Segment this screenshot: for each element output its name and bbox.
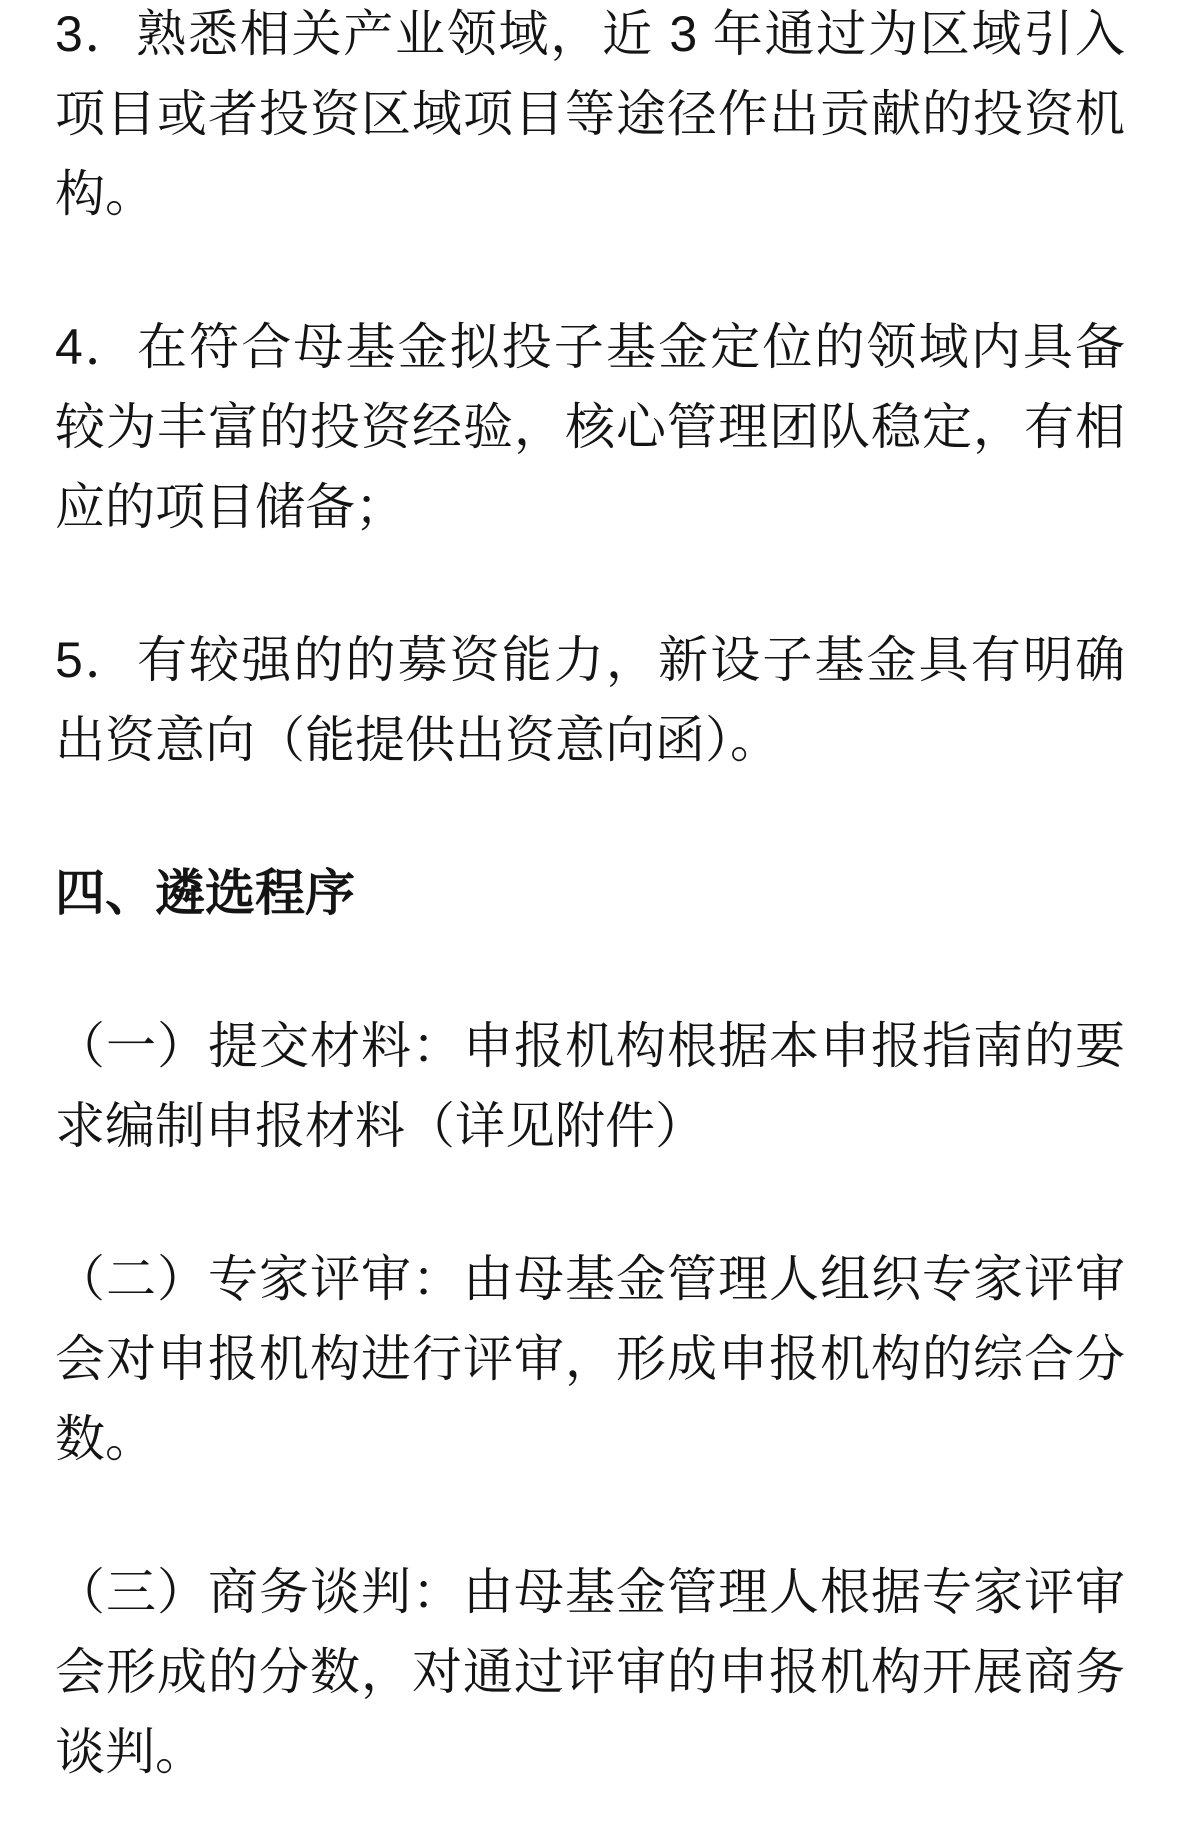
document-page: 3．熟悉相关产业领域，近 3 年通过为区域引入项目或者投资区域项目等途径作出贡献… xyxy=(0,0,1179,1832)
section-heading-selection-procedure: 四、遴选程序 xyxy=(55,853,1125,933)
procedure-step-1: （一）提交材料：申报机构根据本申报指南的要求编制申报材料（详见附件） xyxy=(55,1006,1125,1166)
criteria-item-3: 3．熟悉相关产业领域，近 3 年通过为区域引入项目或者投资区域项目等途径作出贡献… xyxy=(55,0,1125,234)
procedure-step-3: （三）商务谈判：由母基金管理人根据专家评审会形成的分数，对通过评审的申报机构开展… xyxy=(55,1552,1125,1792)
criteria-item-5: 5．有较强的的募资能力，新设子基金具有明确出资意向（能提供出资意向函）。 xyxy=(55,620,1125,780)
procedure-step-2: （二）专家评审：由母基金管理人组织专家评审会对申报机构进行评审，形成申报机构的综… xyxy=(55,1239,1125,1479)
criteria-item-4: 4．在符合母基金拟投子基金定位的领域内具备较为丰富的投资经验，核心管理团队稳定，… xyxy=(55,307,1125,547)
